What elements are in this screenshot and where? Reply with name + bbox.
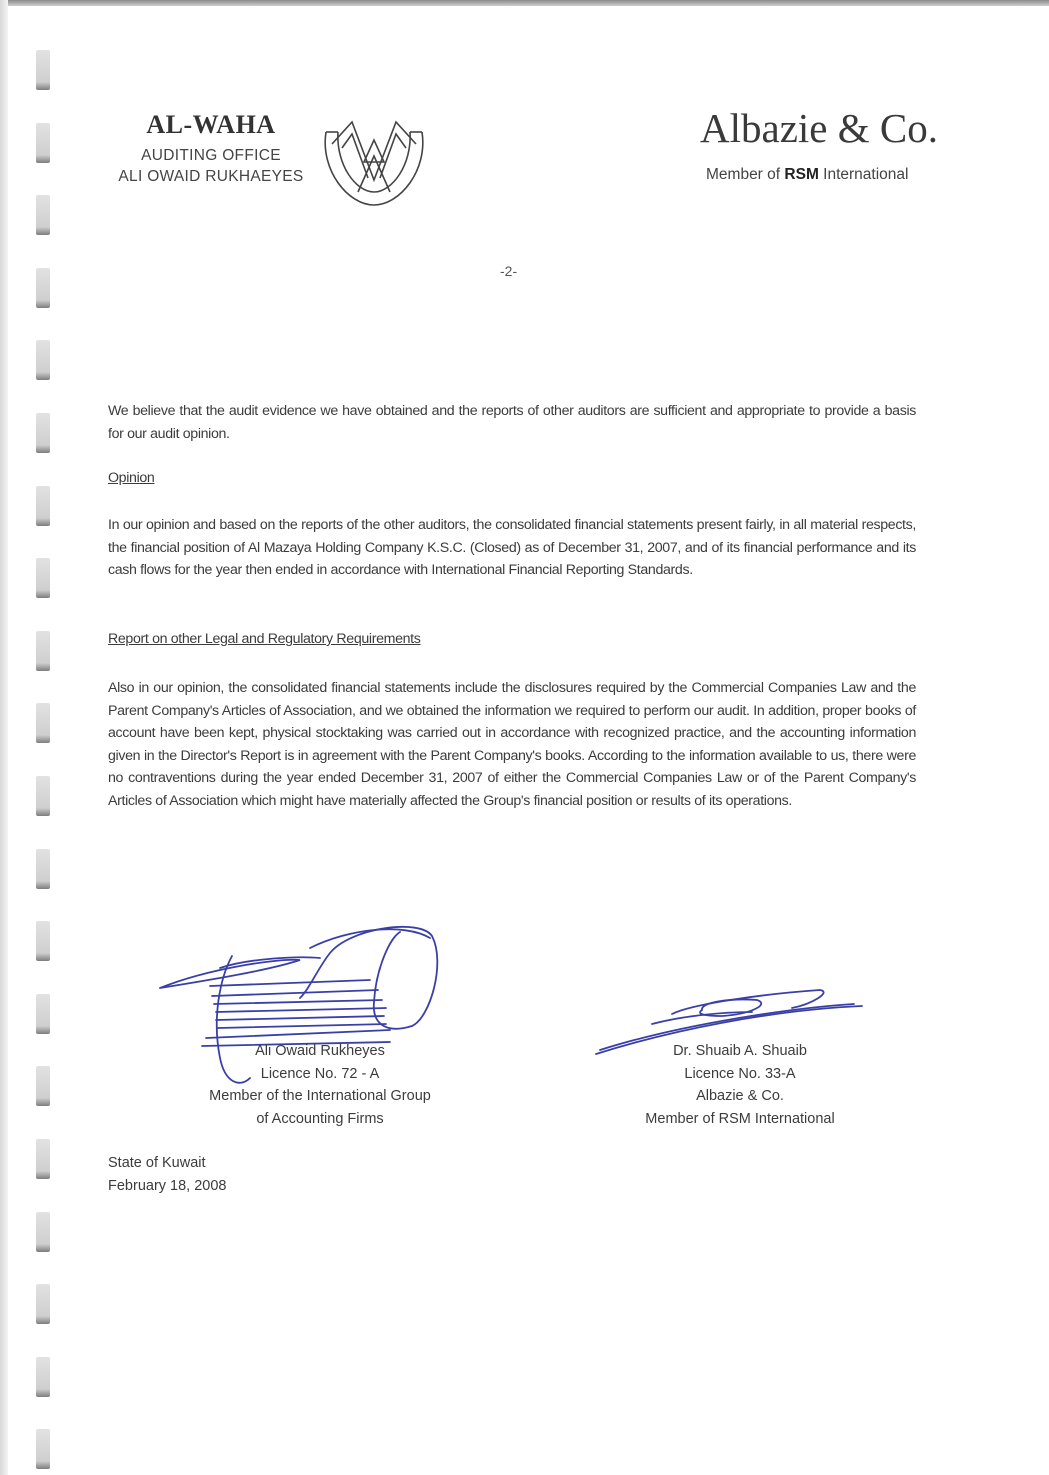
binding-hole — [36, 1212, 50, 1252]
binding-hole — [36, 123, 50, 163]
alwaha-name: AL-WAHA — [136, 110, 286, 140]
place: State of Kuwait — [108, 1152, 227, 1175]
binding-hole — [36, 486, 50, 526]
binding-hole — [36, 195, 50, 235]
alwaha-subtitle: AUDITING OFFICE — [106, 147, 316, 165]
binding-hole — [36, 558, 50, 598]
member-suffix: International — [823, 166, 908, 183]
binding-hole — [36, 340, 50, 380]
place-date: State of Kuwait February 18, 2008 — [108, 1152, 227, 1197]
binding-hole — [36, 50, 50, 90]
legal-paragraph: Also in our opinion, the consolidated fi… — [108, 677, 916, 813]
binding-hole — [36, 921, 50, 961]
signatory-firm: Albazie & Co. — [610, 1085, 870, 1108]
legal-heading: Report on other Legal and Regulatory Req… — [108, 631, 421, 647]
opinion-heading: Opinion — [108, 470, 154, 486]
signatory-left: Ali Owaid Rukheyes Licence No. 72 - A Me… — [180, 1040, 460, 1130]
signatory-affiliation: Member of RSM International — [610, 1108, 870, 1131]
date: February 18, 2008 — [108, 1175, 227, 1198]
binding-hole — [36, 1284, 50, 1324]
binding-hole — [36, 413, 50, 453]
binding-hole — [36, 1139, 50, 1179]
binding-hole — [36, 703, 50, 743]
signatory-name: Ali Owaid Rukheyes — [180, 1040, 460, 1063]
signatory-licence: Licence No. 72 - A — [180, 1063, 460, 1086]
albazie-name: Albazie & Co. — [700, 104, 938, 152]
intro-paragraph: We believe that the audit evidence we ha… — [108, 400, 916, 445]
opinion-paragraph: In our opinion and based on the reports … — [108, 514, 916, 582]
binding-hole — [36, 994, 50, 1034]
page-number: -2- — [500, 263, 517, 279]
al-waha-logo-icon — [318, 110, 430, 210]
albazie-membership: Member of RSM International — [706, 166, 908, 184]
signatory-licence: Licence No. 33-A — [610, 1063, 870, 1086]
signatory-affiliation: Member of the International Group — [180, 1085, 460, 1108]
binding-hole — [36, 631, 50, 671]
binding-hole — [36, 268, 50, 308]
signatory-affiliation-cont: of Accounting Firms — [180, 1108, 460, 1131]
alwaha-owner: ALI OWAID RUKHAEYES — [106, 168, 316, 186]
binding-hole — [36, 1429, 50, 1469]
signatory-name: Dr. Shuaib A. Shuaib — [610, 1040, 870, 1063]
signatory-right: Dr. Shuaib A. Shuaib Licence No. 33-A Al… — [610, 1040, 870, 1130]
binding-hole — [36, 1357, 50, 1397]
page-left-edge — [0, 0, 8, 1475]
member-prefix: Member of — [706, 166, 780, 183]
binding-hole — [36, 1066, 50, 1106]
rsm-brand: RSM — [784, 166, 818, 183]
page-top-edge — [0, 0, 1049, 6]
binding-hole — [36, 776, 50, 816]
binding-hole — [36, 849, 50, 889]
